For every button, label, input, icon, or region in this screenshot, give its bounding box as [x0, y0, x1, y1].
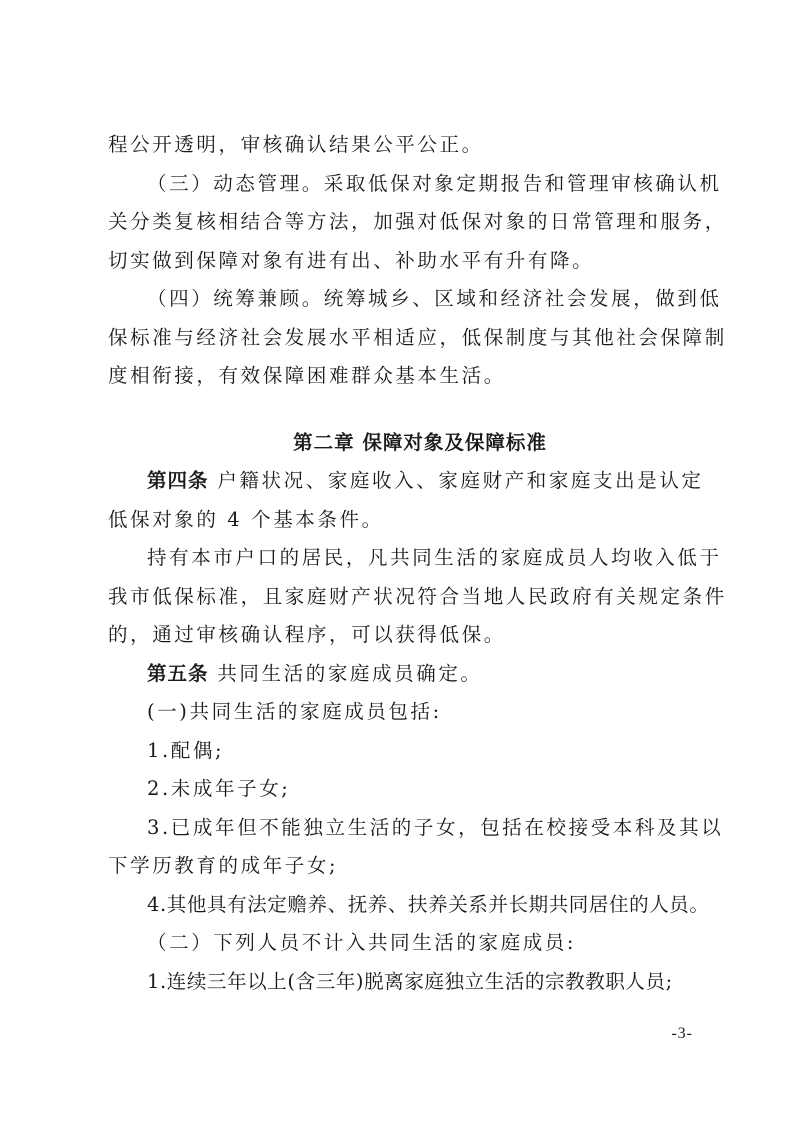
paragraph-line: 持有本市户口的居民，凡共同生活的家庭成员人均收入低于	[108, 539, 692, 578]
paragraph-line: 的，通过审核确认程序，可以获得低保。	[108, 616, 692, 655]
list-item: 1.连续三年以上(含三年)脱离家庭独立生活的宗教教职人员;	[108, 963, 692, 1002]
list-item-continuation: 下学历教育的成年子女;	[108, 847, 692, 886]
paragraph-line: 切实做到保障对象有进有出、补助水平有升有降。	[108, 242, 692, 281]
chapter-title: 第二章 保障对象及保障标准	[108, 424, 692, 463]
list-item: 2.未成年子女;	[108, 770, 692, 809]
article-text: 户籍状况、家庭收入、家庭财产和家庭支出是认定	[209, 469, 704, 492]
paragraph-line: 关分类复核相结合等方法，加强对低保对象的日常管理和服务，	[108, 203, 692, 242]
list-item: 4.其他具有法定赡养、抚养、扶养关系并长期共同居住的人员。	[108, 886, 692, 925]
subsection-heading: （二）下列人员不计入共同生活的家庭成员:	[108, 924, 692, 963]
paragraph-line: 低保对象的 4 个基本条件。	[108, 501, 692, 540]
article-text: 共同生活的家庭成员确定。	[209, 662, 483, 685]
subsection-heading: (一)共同生活的家庭成员包括:	[108, 693, 692, 732]
paragraph-line: （四）统筹兼顾。统筹城乡、区域和经济社会发展，做到低	[108, 280, 692, 319]
list-item: 1.配偶;	[108, 732, 692, 771]
page-number: -3-	[671, 1025, 693, 1043]
paragraph-line: 程公开透明，审核确认结果公平公正。	[108, 126, 692, 165]
paragraph-line: 度相衔接，有效保障困难群众基本生活。	[108, 357, 692, 396]
article-label: 第四条	[147, 469, 209, 492]
article-5-line: 第五条 共同生活的家庭成员确定。	[108, 655, 692, 694]
paragraph-line: （三）动态管理。采取低保对象定期报告和管理审核确认机	[108, 165, 692, 204]
paragraph-line: 我市低保标准，且家庭财产状况符合当地人民政府有关规定条件	[108, 578, 692, 617]
list-item: 3.已成年但不能独立生活的子女，包括在校接受本科及其以	[108, 809, 692, 848]
document-page: 程公开透明，审核确认结果公平公正。 （三）动态管理。采取低保对象定期报告和管理审…	[108, 126, 692, 1001]
article-4-line: 第四条 户籍状况、家庭收入、家庭财产和家庭支出是认定	[108, 462, 692, 501]
article-label: 第五条	[147, 662, 209, 685]
paragraph-line: 保标准与经济社会发展水平相适应，低保制度与其他社会保障制	[108, 319, 692, 358]
